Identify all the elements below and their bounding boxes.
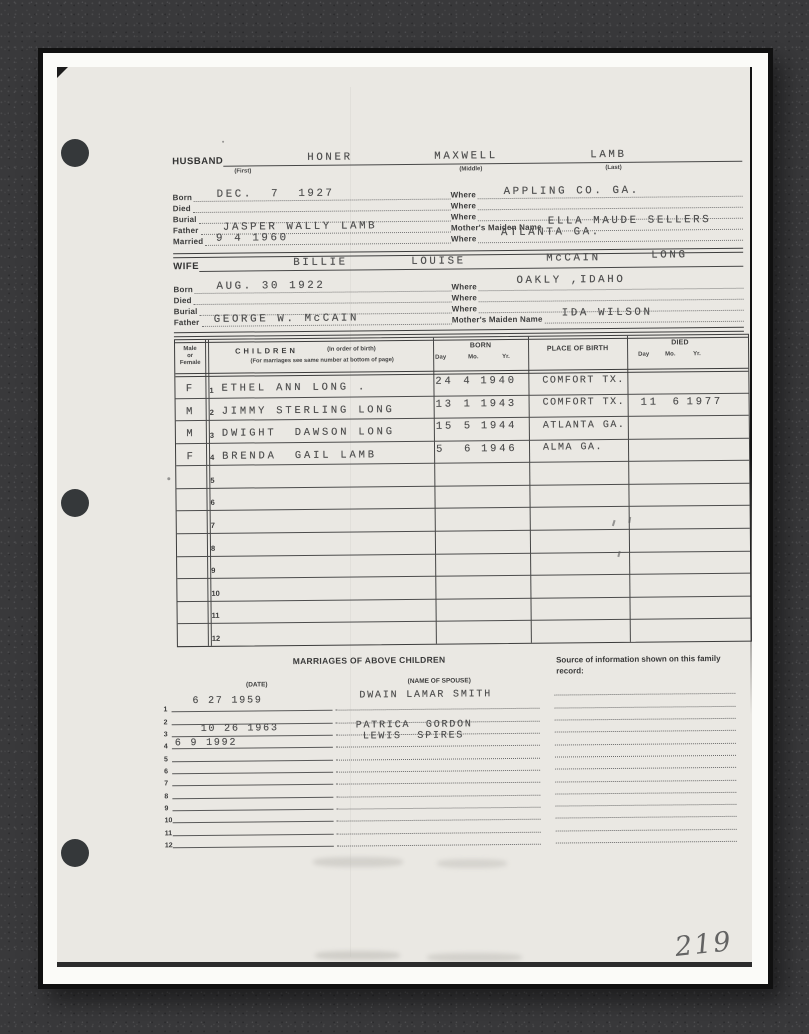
children-header-sub: (For marriages see same number at bottom… [217, 357, 427, 365]
child-born-year: 1946 [481, 444, 518, 455]
child-sex: F [176, 452, 206, 463]
hole-punch [61, 839, 89, 867]
day-label: Day [435, 355, 446, 361]
last-name-caption: (Last) [605, 165, 621, 171]
husband-name-line: HUSBAND [172, 150, 742, 167]
children-header-note: (In order of birth) [327, 346, 376, 352]
child-birthplace: COMFORT TX. [542, 375, 625, 386]
family-record-form: HONER MAXWELL LAMB HUSBAND (First) (Midd… [53, 64, 757, 971]
child-birthplace: ATLANTA GA. [543, 421, 626, 432]
stray-mark [222, 141, 224, 143]
child-number: 9 [211, 566, 215, 575]
smudge [313, 857, 403, 867]
sex-header-line1: Male [175, 346, 205, 352]
child-number: 5 [210, 476, 214, 485]
stray-mark [167, 477, 170, 480]
child-name: JIMMY STERLING LONG [222, 405, 395, 417]
where-label: Where [451, 234, 477, 243]
child-born-day: 5 [436, 444, 445, 455]
wife-section-label: WIFE [173, 261, 199, 272]
mo-label: Mo. [468, 354, 478, 360]
child-name: ETHEL ANN LONG . [221, 382, 367, 394]
child-died-month: 6 [673, 397, 682, 408]
scan-background: HONER MAXWELL LAMB HUSBAND (First) (Midd… [0, 0, 809, 1034]
source-of-information-label: Source of information shown on this fami… [556, 654, 744, 677]
middle-name-caption: (Middle) [459, 166, 482, 172]
child-birthplace: ALMA GA. [543, 443, 603, 454]
husband-section-label: HUSBAND [172, 156, 223, 167]
children-table: Male or Female CHILDREN (In order of bir… [174, 334, 752, 648]
marriages-title: MARRIAGES OF ABOVE CHILDREN [259, 654, 479, 666]
child-number: 2 [210, 408, 214, 417]
husband-married-value: 9 4 1960 [216, 233, 289, 244]
child-sex: M [176, 407, 206, 418]
day-label: Day [638, 352, 649, 358]
child-number: 4 [210, 453, 214, 462]
child-born-day: 15 [436, 422, 454, 433]
scan-edge-bar [57, 962, 752, 967]
child-died-day: 11 [641, 397, 659, 408]
sex-header-line2: or [175, 353, 205, 359]
died-column-header: DIED [650, 339, 710, 347]
wife-mother-value: IDA WILSON [562, 308, 653, 320]
handwritten-page-number: 219 [674, 926, 734, 963]
child-born-year: 1943 [481, 399, 518, 410]
wife-father-value: GEORGE W. McCAIN [214, 314, 359, 326]
child-number: 3 [210, 431, 214, 440]
child-born-year: 1940 [480, 376, 517, 387]
husband-married-where-value: ATLANTA GA. [501, 227, 601, 239]
scan-edge-line [750, 67, 752, 715]
children-table-body: F 1 ETHEL ANN LONG . 24 4 1940 COMFORT T… [175, 371, 751, 646]
child-born-month: 4 [463, 376, 472, 387]
wife-born-where-value: OAKLY ,IDAHO [516, 275, 625, 287]
child-row: 12 [178, 619, 751, 646]
child-born-year: 1944 [481, 421, 518, 432]
child-name: BRENDA GAIL LAMB [222, 450, 377, 462]
smudge [427, 953, 522, 962]
first-name-caption: (First) [234, 168, 251, 174]
born-column-header: BORN [433, 342, 528, 350]
child-born-day: 24 [435, 377, 453, 388]
rule-line [223, 159, 742, 167]
hole-punch [61, 489, 89, 517]
mo-label: Mo. [665, 351, 675, 357]
scanned-page: HONER MAXWELL LAMB HUSBAND (First) (Midd… [38, 48, 773, 989]
mothers-maiden-name-label: Mother's Maiden Name [452, 315, 543, 325]
smudge [437, 859, 507, 868]
photocopy-area: HONER MAXWELL LAMB HUSBAND (First) (Midd… [57, 67, 752, 967]
child-died-year: 1977 [687, 397, 724, 408]
child-born-month: 1 [464, 399, 473, 410]
married-label: Married [173, 237, 203, 246]
child-number: 8 [211, 543, 215, 552]
place-of-birth-header: PLACE OF BIRTH [528, 345, 627, 353]
source-lines [59, 682, 756, 849]
child-number: 1 [209, 385, 213, 394]
child-born-month: 5 [464, 422, 473, 433]
child-number: 6 [211, 498, 215, 507]
child-born-day: 13 [436, 399, 454, 410]
child-number: 7 [211, 521, 215, 530]
child-sex: M [176, 429, 206, 440]
child-number: 12 [212, 634, 220, 643]
child-birthplace: COMFORT TX. [543, 398, 626, 409]
child-number: 10 [211, 589, 219, 598]
child-name: DWIGHT DAWSON LONG [222, 427, 395, 439]
child-born-month: 6 [464, 444, 473, 455]
father-label: Father [174, 318, 200, 327]
yr-label: Yr. [502, 354, 510, 360]
children-header: CHILDREN [235, 346, 298, 356]
smudge [315, 951, 400, 960]
sex-header-line3: Female [175, 360, 205, 366]
yr-label: Yr. [693, 351, 701, 357]
child-number: 11 [212, 611, 220, 620]
child-sex: F [175, 384, 205, 395]
hole-punch [61, 139, 89, 167]
rule-line [199, 264, 743, 272]
